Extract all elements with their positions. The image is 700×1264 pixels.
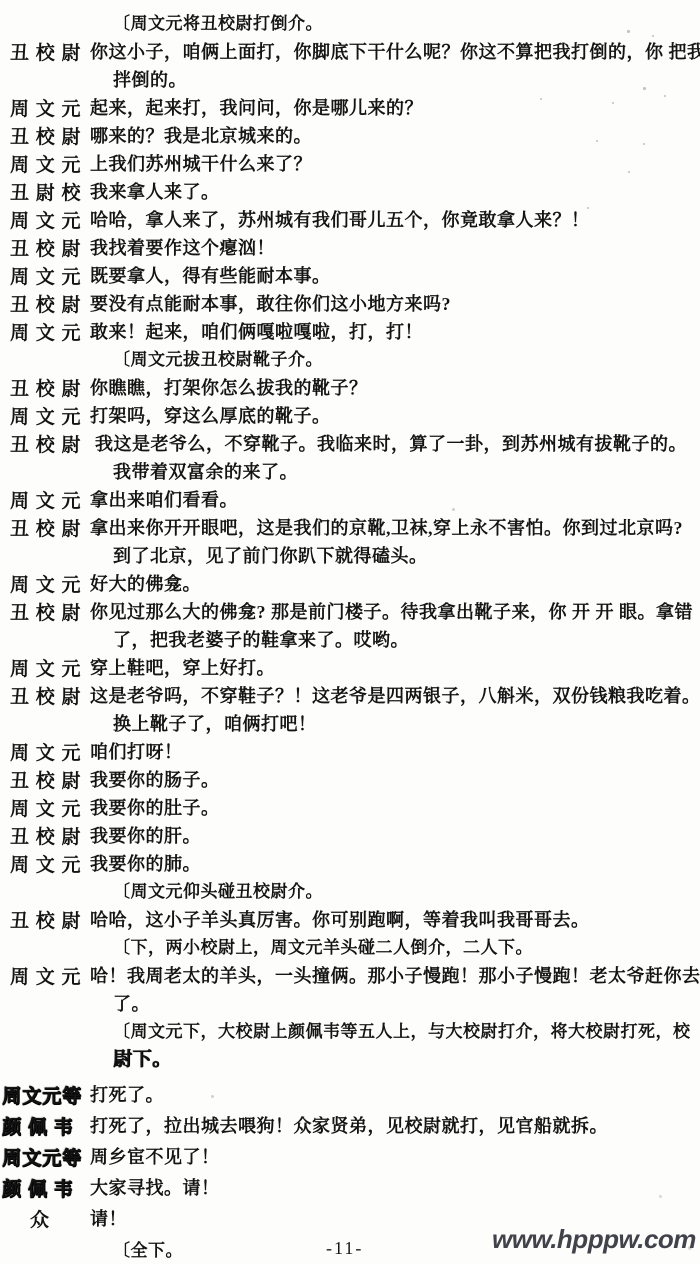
speaker-name: 颜 佩 韦 bbox=[0, 1174, 90, 1205]
stage-direction-text: 拌倒的。 bbox=[113, 70, 187, 90]
dialogue-text: 咱们打呀！ bbox=[90, 742, 183, 762]
dialogue-text: 我要你的肝。 bbox=[90, 826, 201, 846]
dialogue-text: 大家寻找。请！ bbox=[90, 1178, 220, 1198]
stage-direction-line: 了，把我老婆子的鞋拿来了。哎哟。 bbox=[0, 626, 700, 654]
stage-direction-text: 我带着双富余的来了。 bbox=[113, 462, 298, 482]
speaker-name: 周 文 元 bbox=[0, 152, 90, 180]
script-line: 丑 校 尉我要你的肝。 bbox=[0, 822, 700, 850]
script-line: 周 文 元拿出来咱们看看。 bbox=[0, 486, 700, 514]
speaker-name: 丑 校 尉 bbox=[0, 40, 90, 68]
script-line: 丑 校 尉哈哈，这小子羊头真厉害。你可别跑啊，等着我叫我哥哥去。 bbox=[0, 906, 700, 934]
watermark: www.hpppw.com bbox=[492, 1224, 696, 1255]
scan-speck bbox=[596, 140, 598, 142]
dialogue-text: 哈哈，拿人来了，苏州城有我们哥儿五个，你竟敢拿人来？！ bbox=[90, 210, 590, 230]
speaker-name: 周文元等 bbox=[0, 1081, 90, 1112]
dialogue-text: 我要你的肺。 bbox=[90, 854, 201, 874]
stage-direction-text: 〔下，两小校尉上，周文元羊头碰二人倒介，二人下。 bbox=[113, 938, 533, 957]
script-line: 丑 校 尉要没有点能耐本事，敢往你们这小地方来吗? bbox=[0, 290, 700, 318]
speaker-name: 丑 校 尉 bbox=[0, 824, 90, 852]
dialogue-text: 既要拿人，得有些能耐本事。 bbox=[90, 266, 331, 286]
speaker-name: 周 文 元 bbox=[0, 320, 90, 348]
stage-direction-text: 尉下。 bbox=[113, 1049, 172, 1070]
scan-speck bbox=[643, 143, 645, 145]
speaker-name: 周 文 元 bbox=[0, 96, 90, 124]
speaker-name: 众 bbox=[0, 1205, 90, 1236]
speaker-name: 丑 校 尉 bbox=[0, 684, 90, 712]
script-line: 周 文 元穿上鞋吧，穿上好打。 bbox=[0, 654, 700, 682]
page-number: -11- bbox=[326, 1238, 363, 1259]
script-line: 周 文 元哈哈，拿人来了，苏州城有我们哥儿五个，你竟敢拿人来？！ bbox=[0, 206, 700, 234]
dialogue-text: 打架吗，穿这么厚底的靴子。 bbox=[90, 406, 331, 426]
script-line: 丑 校 尉我找着要作这个瘪汹！ bbox=[0, 234, 700, 262]
speaker-name: 丑 校 尉 bbox=[0, 376, 90, 404]
script-line: 周 文 元我要你的肚子。 bbox=[0, 794, 700, 822]
dialogue-text: 你这小子，咱俩上面打，你脚底下干什么呢？你这不算把我打倒的，你 把我 bbox=[90, 42, 700, 62]
stage-direction-line: 拌倒的。 bbox=[0, 66, 700, 94]
dialogue-text: 穿上鞋吧，穿上好打。 bbox=[90, 658, 275, 678]
stage-direction-line: 了。 bbox=[0, 990, 700, 1018]
speaker-name: 周 文 元 bbox=[0, 656, 90, 684]
stage-direction-text: 了。 bbox=[113, 994, 150, 1014]
dialogue-text: 哈哈，这小子羊头真厉害。你可别跑啊，等着我叫我哥哥去。 bbox=[90, 910, 590, 930]
script-line: 丑 校 尉你这小子，咱俩上面打，你脚底下干什么呢？你这不算把我打倒的，你 把我 bbox=[0, 38, 700, 66]
script-line: 丑 校 尉 我这是老爷么，不穿靴子。我临来时，算了一卦，到苏州城有拔靴子的。 bbox=[0, 430, 700, 458]
dialogue-text: 哈！我周老太的羊头，一头撞俩。那小子慢跑！那小子慢跑！老太爷赶你去 bbox=[90, 966, 700, 986]
dialogue-text: 你瞧瞧，打架你怎么拔我的靴子？ bbox=[90, 378, 368, 398]
dialogue-text: 我要你的肚子。 bbox=[90, 798, 220, 818]
speaker-name: 颜 佩 韦 bbox=[0, 1112, 90, 1143]
dialogue-text: 我找着要作这个瘪汹！ bbox=[90, 238, 275, 258]
speaker-name: 丑 尉 校 bbox=[0, 180, 90, 208]
speaker-name: 丑 校 尉 bbox=[0, 124, 90, 152]
stage-direction-text: 换上靴子了，咱俩打吧！ bbox=[113, 714, 317, 734]
speaker-name: 周 文 元 bbox=[0, 572, 90, 600]
script-body: 〔周文元将丑校尉打倒介。丑 校 尉你这小子，咱俩上面打，你脚底下干什么呢？你这不… bbox=[0, 10, 700, 1264]
dialogue-text: 打死了，拉出城去喂狗！众家贤弟，见校尉就打，见官船就拆。 bbox=[90, 1116, 608, 1136]
speaker-name: 周文元等 bbox=[0, 1143, 90, 1174]
stage-direction-line: 〔下，两小校尉上，周文元羊头碰二人倒介，二人下。 bbox=[0, 934, 700, 962]
speaker-name: 周 文 元 bbox=[0, 404, 90, 432]
dialogue-text: 要没有点能耐本事，敢往你们这小地方来吗? bbox=[90, 294, 451, 314]
stage-direction-line: 〔周文元拔丑校尉靴子介。 bbox=[0, 346, 700, 374]
script-line: 周 文 元既要拿人，得有些能耐本事。 bbox=[0, 262, 700, 290]
speaker-name: 周 文 元 bbox=[0, 740, 90, 768]
dialogue-text: 我来拿人来了。 bbox=[90, 182, 220, 202]
dialogue-text: 你见过那么大的佛龛? 那是前门楼子。待我拿出靴子来，你 开 开 眼。拿错 bbox=[90, 602, 693, 622]
stage-direction-text: 〔周文元将丑校尉打倒介。 bbox=[113, 14, 323, 33]
script-line: 周 文 元好大的佛龛。 bbox=[0, 570, 700, 598]
script-line: 周 文 元哈！我周老太的羊头，一头撞俩。那小子慢跑！那小子慢跑！老太爷赶你去 bbox=[0, 962, 700, 990]
scan-speck bbox=[652, 35, 654, 37]
speaker-name: 丑 校 尉 bbox=[0, 236, 90, 264]
dialogue-text: 这是老爷吗，不穿鞋子？！这老爷是四两银子，八斛米，双份钱粮我吃着。 bbox=[90, 686, 700, 706]
script-line: 周 文 元我要你的肺。 bbox=[0, 850, 700, 878]
speaker-name: 周 文 元 bbox=[0, 852, 90, 880]
script-line: 周 文 元咱们打呀！ bbox=[0, 738, 700, 766]
stage-direction-text: 〔周文元仰头碰丑校尉介。 bbox=[113, 882, 323, 901]
speaker-name: 丑 校 尉 bbox=[0, 292, 90, 320]
script-line: 周 文 元上我们苏州城干什么来了？ bbox=[0, 150, 700, 178]
stage-direction-line: 〔周文元下，大校尉上颜佩韦等五人上，与大校尉打介，将大校尉打死，校 bbox=[0, 1018, 700, 1046]
stage-direction-line: 〔周文元将丑校尉打倒介。 bbox=[0, 10, 700, 38]
stage-direction-line: 我带着双富余的来了。 bbox=[0, 458, 700, 486]
speaker-name: 周 文 元 bbox=[0, 964, 90, 992]
stage-direction-text: 到了北京，见了前门你趴下就得磕头。 bbox=[113, 546, 428, 566]
scan-speck bbox=[211, 1095, 214, 1098]
scan-speck bbox=[664, 95, 666, 97]
script-line: 丑 尉 校我来拿人来了。 bbox=[0, 178, 700, 206]
stage-direction-text: 〔全下。 bbox=[113, 1241, 183, 1260]
dialogue-text: 请！ bbox=[90, 1209, 127, 1229]
scan-speck bbox=[540, 98, 542, 100]
scanned-script-page: { "page": { "number": "-11-", "watermark… bbox=[0, 0, 700, 1264]
dialogue-text: 周乡宦不见了！ bbox=[90, 1147, 220, 1167]
dialogue-text: 上我们苏州城干什么来了？ bbox=[90, 154, 312, 174]
script-line: 丑 校 尉哪来的？我是北京城来的。 bbox=[0, 122, 700, 150]
script-line: 丑 校 尉你瞧瞧，打架你怎么拔我的靴子？ bbox=[0, 374, 700, 402]
script-line: 周 文 元敢来！起来，咱们俩嘎啦嘎啦，打，打！ bbox=[0, 318, 700, 346]
script-line: 丑 校 尉拿出来你开开眼吧，这是我们的京靴,卫袜,穿上永不害怕。你到过北京吗? bbox=[0, 514, 700, 542]
scan-speck bbox=[643, 87, 646, 90]
speaker-name: 周 文 元 bbox=[0, 796, 90, 824]
scan-speck bbox=[688, 1246, 692, 1250]
script-line: 丑 校 尉这是老爷吗，不穿鞋子？！这老爷是四两银子，八斛米，双份钱粮我吃着。 bbox=[0, 682, 700, 710]
speaker-name: 丑 校 尉 bbox=[0, 516, 90, 544]
stage-direction-line: 〔周文元仰头碰丑校尉介。 bbox=[0, 878, 700, 906]
scan-speck bbox=[452, 508, 455, 511]
script-line: 周文元等周乡宦不见了！ bbox=[0, 1142, 700, 1173]
speaker-name: 周 文 元 bbox=[0, 208, 90, 236]
script-line: 颜 佩 韦大家寻找。请！ bbox=[0, 1173, 700, 1204]
stage-direction-line: 尉下。 bbox=[0, 1046, 700, 1074]
speaker-name: 丑 校 尉 bbox=[0, 768, 90, 796]
script-line: 周 文 元起来，起来打，我问问，你是哪儿来的？ bbox=[0, 94, 700, 122]
scan-speck bbox=[659, 1195, 662, 1198]
dialogue-text: 拿出来你开开眼吧，这是我们的京靴,卫袜,穿上永不害怕。你到过北京吗? bbox=[90, 518, 683, 538]
scan-speck bbox=[628, 171, 630, 173]
dialogue-text: 我要你的肠子。 bbox=[90, 770, 220, 790]
stage-direction-line: 换上靴子了，咱俩打吧！ bbox=[0, 710, 700, 738]
speaker-name: 丑 校 尉 bbox=[0, 432, 90, 460]
script-line: 颜 佩 韦打死了，拉出城去喂狗！众家贤弟，见校尉就打，见官船就拆。 bbox=[0, 1111, 700, 1142]
dialogue-text: 哪来的？我是北京城来的。 bbox=[90, 126, 312, 146]
dialogue-text: 我这是老爷么，不穿靴子。我临来时，算了一卦，到苏州城有拔靴子的。 bbox=[90, 434, 687, 454]
dialogue-text: 拿出来咱们看看。 bbox=[90, 490, 238, 510]
dialogue-text: 起来，起来打，我问问，你是哪儿来的？ bbox=[90, 98, 423, 118]
stage-direction-text: 〔周文元拔丑校尉靴子介。 bbox=[113, 350, 323, 369]
script-line: 丑 校 尉你见过那么大的佛龛? 那是前门楼子。待我拿出靴子来，你 开 开 眼。拿… bbox=[0, 598, 700, 626]
dialogue-text: 打死了。 bbox=[90, 1085, 164, 1105]
dialogue-text: 敢来！起来，咱们俩嘎啦嘎啦，打，打！ bbox=[90, 322, 423, 342]
speaker-name: 周 文 元 bbox=[0, 488, 90, 516]
dialogue-text: 好大的佛龛。 bbox=[90, 574, 201, 594]
stage-direction-text: 了，把我老婆子的鞋拿来了。哎哟。 bbox=[113, 630, 409, 650]
script-line: 丑 校 尉我要你的肠子。 bbox=[0, 766, 700, 794]
scan-speck bbox=[612, 102, 614, 104]
stage-direction-text: 〔周文元下，大校尉上颜佩韦等五人上，与大校尉打介，将大校尉打死，校 bbox=[113, 1022, 691, 1041]
script-line: 周 文 元打架吗，穿这么厚底的靴子。 bbox=[0, 402, 700, 430]
speaker-name: 丑 校 尉 bbox=[0, 600, 90, 628]
scan-speck bbox=[587, 207, 589, 209]
stage-direction-line: 到了北京，见了前门你趴下就得磕头。 bbox=[0, 542, 700, 570]
script-line: 周文元等打死了。 bbox=[0, 1080, 700, 1111]
speaker-name: 丑 校 尉 bbox=[0, 908, 90, 936]
scan-speck bbox=[627, 30, 630, 33]
speaker-name: 周 文 元 bbox=[0, 264, 90, 292]
